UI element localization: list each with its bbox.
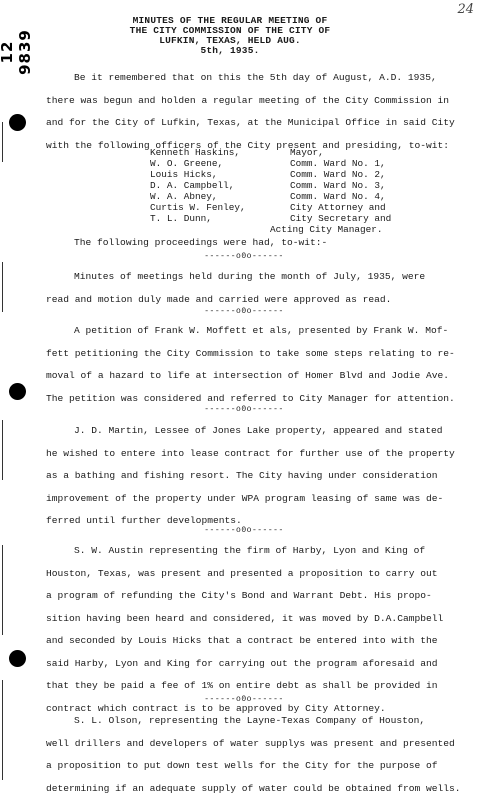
text-line: Be it remembered that on this the 5th da… — [46, 67, 466, 90]
officer-title: Comm. Ward No. 2, — [290, 169, 430, 180]
officer-row: Curtis W. Fenley, City Attorney and — [150, 202, 430, 213]
section-separator: ------o0o------ — [0, 695, 488, 704]
section-separator: ------o0o------ — [0, 307, 488, 316]
minutes-approval-paragraph: Minutes of meetings held during the mont… — [46, 266, 466, 311]
officer-title: Comm. Ward No. 4, — [290, 191, 430, 202]
officer-row: T. L. Dunn, City Secretary and — [150, 213, 430, 224]
binding-hole-icon — [9, 114, 26, 131]
text-line: J. D. Martin, Lessee of Jones Lake prope… — [46, 420, 466, 443]
text-line: well drillers and developers of water su… — [46, 733, 466, 756]
bond-refunding-paragraph: S. W. Austin representing the firm of Ha… — [46, 540, 466, 720]
officer-name: W. O. Greene, — [150, 158, 290, 169]
text-line: Houston, Texas, was present and presente… — [46, 563, 466, 586]
petition-paragraph: A petition of Frank W. Moffett et als, p… — [46, 320, 466, 410]
officer-title: City Secretary and — [290, 213, 430, 224]
section-separator: ------o0o------ — [0, 252, 488, 261]
margin-rule — [2, 262, 3, 312]
intro-paragraph: Be it remembered that on this the 5th da… — [46, 67, 466, 157]
text-line: improvement of the property under WPA pr… — [46, 488, 466, 511]
officer-name: W. A. Abney, — [150, 191, 290, 202]
officer-title: Comm. Ward No. 3, — [290, 180, 430, 191]
text-line: fett petitioning the City Commission to … — [46, 343, 466, 366]
officer-name: Kenneth Haskins, — [150, 147, 290, 158]
officer-name: D. A. Campbell, — [150, 180, 290, 191]
officer-row: D. A. Campbell, Comm. Ward No. 3, — [150, 180, 430, 191]
officer-row: W. A. Abney, Comm. Ward No. 4, — [150, 191, 430, 202]
jones-lake-paragraph: J. D. Martin, Lessee of Jones Lake prope… — [46, 420, 466, 533]
officer-title: Comm. Ward No. 1, — [290, 158, 430, 169]
text-line: there was begun and holden a regular mee… — [46, 90, 466, 113]
margin-rule — [2, 545, 3, 635]
page-number-mark: 24 — [457, 2, 474, 17]
text-line: a program of refunding the City's Bond a… — [46, 585, 466, 608]
officer-name: T. L. Dunn, — [150, 213, 290, 224]
text-line: a proposition to put down test wells for… — [46, 755, 466, 778]
section-separator: ------o0o------ — [0, 405, 488, 414]
margin-rule — [2, 420, 3, 480]
text-line: and seconded by Louis Hicks that a contr… — [46, 630, 466, 653]
text-line: Minutes of meetings held during the mont… — [46, 266, 466, 289]
officer-title: City Attorney and — [290, 202, 430, 213]
officer-name: Curtis W. Fenley, — [150, 202, 290, 213]
binding-hole-icon — [9, 383, 26, 400]
officer-row: Louis Hicks, Comm. Ward No. 2, — [150, 169, 430, 180]
text-line: as a bathing and fishing resort. The Cit… — [46, 465, 466, 488]
heading-line: 5th, 1935. — [100, 46, 360, 56]
test-wells-paragraph: S. L. Olson, representing the Layne-Texa… — [46, 710, 466, 800]
text-line: he wished to entere into lease contract … — [46, 443, 466, 466]
officer-row: W. O. Greene, Comm. Ward No. 1, — [150, 158, 430, 169]
officer-row: Kenneth Haskins, Mayor, — [150, 147, 430, 158]
text-line: sition having been heard and considered,… — [46, 608, 466, 631]
section-separator: ------o0o------ — [0, 526, 488, 535]
text-line: S. W. Austin representing the firm of Ha… — [46, 540, 466, 563]
text-line: A petition of Frank W. Moffett et als, p… — [46, 320, 466, 343]
text-line: said Harby, Lyon and King for carrying o… — [46, 653, 466, 676]
text-line: determining if an adequate supply of wat… — [46, 778, 466, 800]
text-line: and for the City of Lufkin, Texas, at th… — [46, 112, 466, 135]
officers-list: Kenneth Haskins, Mayor, W. O. Greene, Co… — [150, 147, 430, 235]
officer-name: Louis Hicks, — [150, 169, 290, 180]
margin-rule — [2, 122, 3, 162]
text-line: S. L. Olson, representing the Layne-Texa… — [46, 710, 466, 733]
record-number-stamp: 12 9839 — [0, 22, 34, 82]
binding-hole-icon — [9, 650, 26, 667]
document-page: 12 9839 24 MINUTES OF THE REGULAR MEETIN… — [0, 0, 488, 800]
officer-title: Mayor, — [290, 147, 430, 158]
minutes-heading: MINUTES OF THE REGULAR MEETING OF THE CI… — [100, 16, 360, 56]
text-line: moval of a hazard to life at intersectio… — [46, 365, 466, 388]
